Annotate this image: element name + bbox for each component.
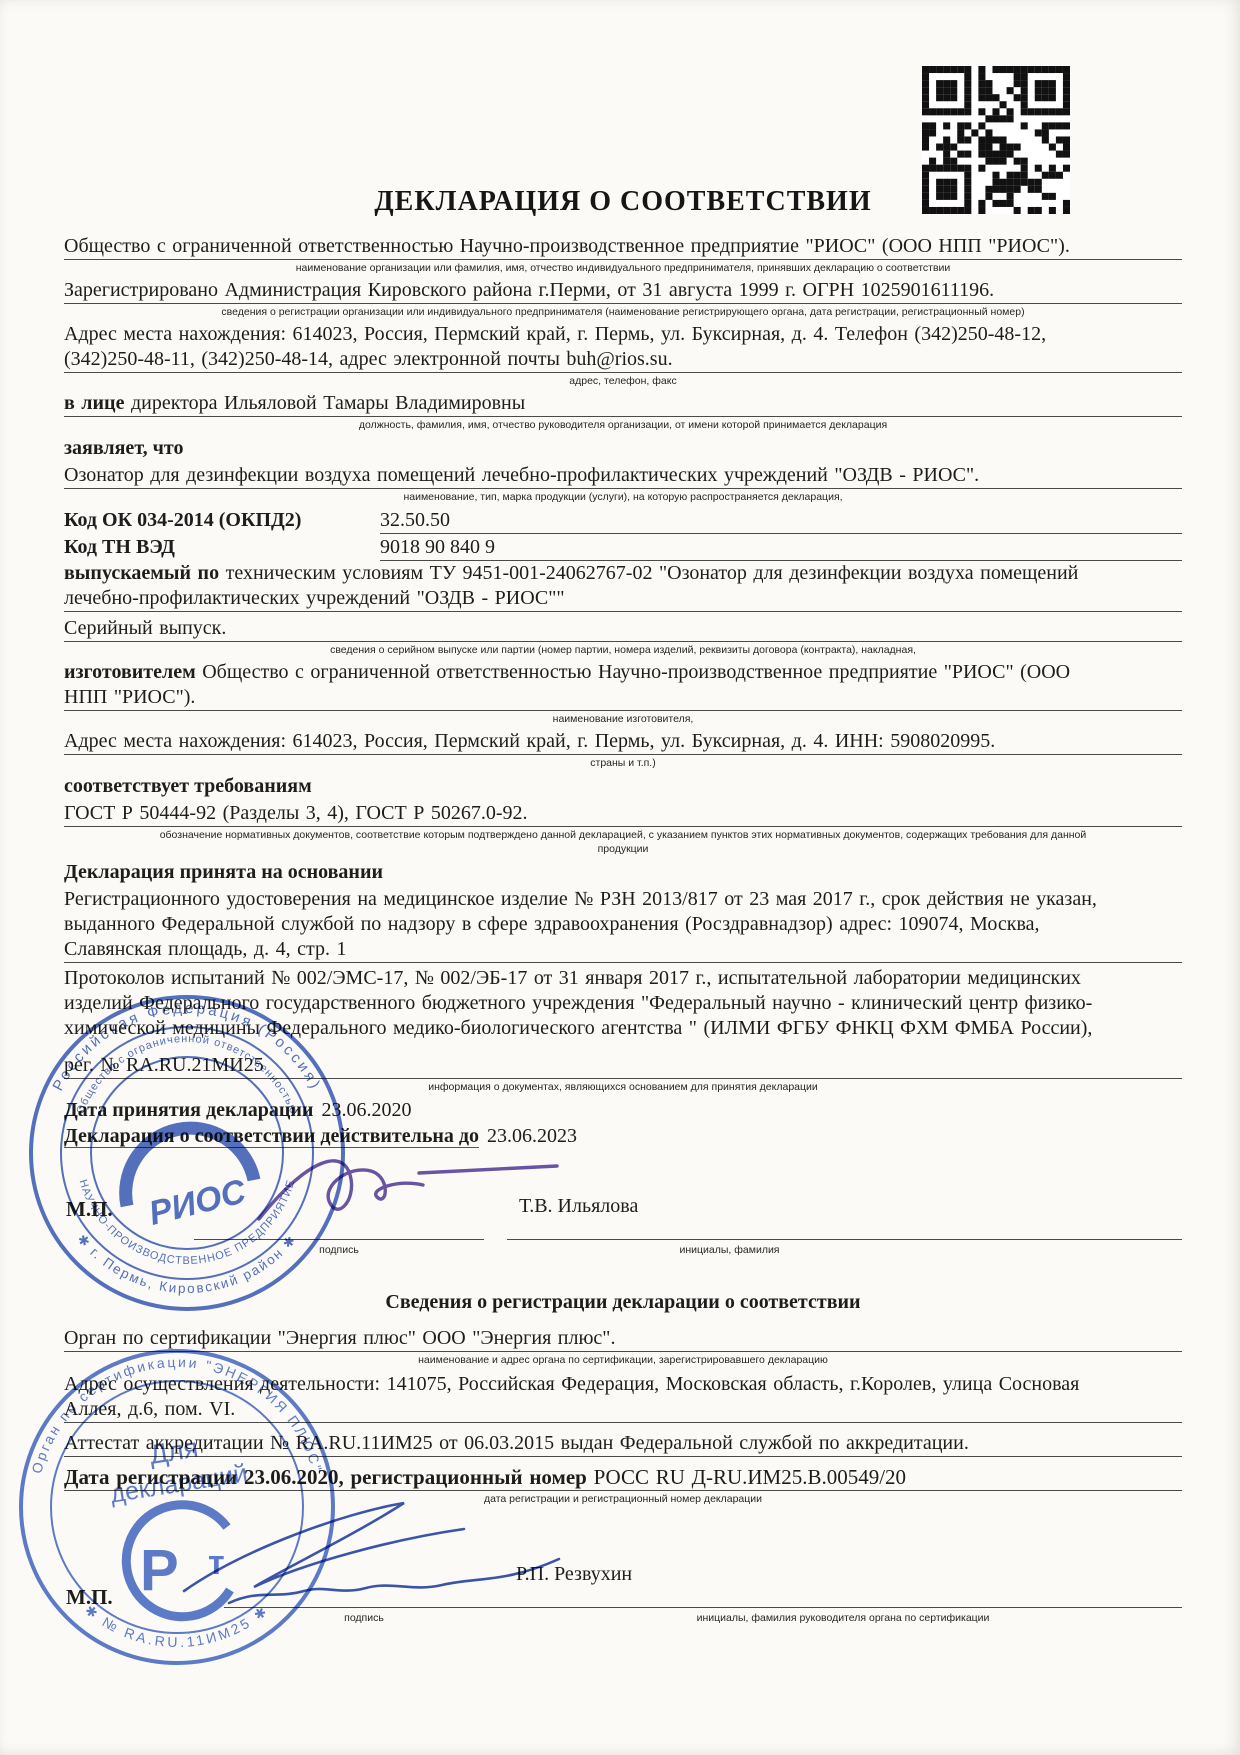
standards-line: ГОСТ Р 50444-92 (Разделы 3, 4), ГОСТ Р 5… [64,801,1182,827]
conformity-heading: соответствует требованиям [64,774,1182,799]
declarant-registration-caption: сведения о регистрации организации или и… [64,306,1182,318]
manufacturer-label: изготовителем [64,661,196,683]
stamp-ring-top-text: Общество с ограниченной ответственностью [74,1033,299,1116]
basis1-line2: выданного Федеральной службой по надзору… [64,912,1182,937]
declarant-registration-line: Зарегистрировано Администрация Кировског… [64,278,1182,304]
manufacturer-caption: наименование изготовителя, [64,713,1182,725]
representative-line: в лице директора Ильяловой Тамары Владим… [64,391,1182,417]
declarant-address-line2: (342)250-48-11, (342)250-48-14, адрес эл… [64,347,1182,373]
tnved-value: 9018 90 840 9 [380,534,1182,561]
tnved-row: Код ТН ВЭД 9018 90 840 9 [64,534,1182,561]
registration-number-value: РОСС RU Д-RU.ИМ25.В.00549/20 [587,1465,906,1489]
signer-name-rule-2 [504,1607,1182,1608]
representative-value: директора Ильяловой Тамары Владимировны [124,392,525,414]
basis1-line1: Регистрационного удостоверения на медици… [64,887,1182,912]
rios-logo: РИОС [126,1128,254,1233]
okpd-label: Код ОК 034-2014 (ОКПД2) [64,507,380,534]
rst-logo: Р т [126,1505,230,1617]
cert-stamp-inner-line1: Для [147,1433,200,1470]
signer-name-caption-2: инициалы, фамилия руководителя органа по… [504,1612,1182,1624]
product-name-caption: наименование, тип, марка продукции (услу… [64,491,1182,503]
serial-caption: сведения о серийном выпуске или партии (… [64,644,1182,656]
manufacturer-line1: изготовителем Общество с ограниченной от… [64,660,1182,685]
signer-name-caption: инициалы, фамилия [507,1244,952,1256]
document-page: ДЕКЛАРАЦИЯ О СООТВЕТСТВИИ Общество с огр… [0,0,1240,1755]
okpd-value: 32.50.50 [380,507,1182,534]
representative-label: в лице [64,392,124,414]
representative-caption: должность, фамилия, имя, отчество руково… [64,419,1182,431]
declarant-name-caption: наименование организации или фамилия, им… [64,262,1182,274]
manufacturer-address-line: Адрес места нахождения: 614023, Россия, … [64,729,1182,755]
product-name-line: Озонатор для дезинфекции воздуха помещен… [64,463,1182,489]
standards-caption-2: продукции [64,843,1182,855]
tu-line1: выпускаемый по техническим условиям ТУ 9… [64,561,1182,586]
tnved-label: Код ТН ВЭД [64,534,380,561]
declarant-address-line1: Адрес места нахождения: 614023, Россия, … [64,322,1182,347]
company-round-stamp: Российская Федерация (Россия) ✱ г. Пермь… [22,988,352,1318]
cert-body-round-stamp: Орган по сертификации "ЭНЕРГИЯ ПЛЮС" ✱ №… [12,1342,342,1672]
serial-line: Серийный выпуск. [64,616,1182,642]
rios-logo-text: РИОС [145,1172,250,1233]
rst-logo-p: Р [140,1538,179,1603]
okpd-row: Код ОК 034-2014 (ОКПД2) 32.50.50 [64,507,1182,534]
basis-heading: Декларация принята на основании [64,860,1182,885]
declares-heading: заявляет, что [64,436,1182,461]
manufacturer-address-caption: страны и т.п.) [64,757,1182,769]
declarant-address-caption: адрес, телефон, факс [64,375,1182,387]
stamp-outer-top-text: Российская Федерация (Россия) [49,1000,324,1094]
basis1-line3: Славянская площадь, д. 4, стр. 1 [64,937,1182,963]
manufacturer-line2: НПП "РИОС"). [64,685,1182,711]
signer-name-rule [507,1239,1182,1240]
tu-value: техническим условиям ТУ 9451-001-2406276… [219,562,1078,584]
rst-logo-t: т [208,1544,225,1582]
tu-line2: лечебно-профилактических учреждений "ОЗД… [64,586,1182,612]
cert-stamp-outer-bottom-text: ✱ № RA.RU.11ИМ25 ✱ [82,1602,272,1651]
declarant-name-line: Общество с ограниченной ответственностью… [64,234,1182,260]
document-title: ДЕКЛАРАЦИЯ О СООТВЕТСТВИИ [64,186,1182,218]
tu-label: выпускаемый по [64,562,219,584]
standards-caption-1: обозначение нормативных документов, соот… [64,829,1182,841]
manufacturer-value: Общество с ограниченной ответственностью… [196,661,1070,683]
